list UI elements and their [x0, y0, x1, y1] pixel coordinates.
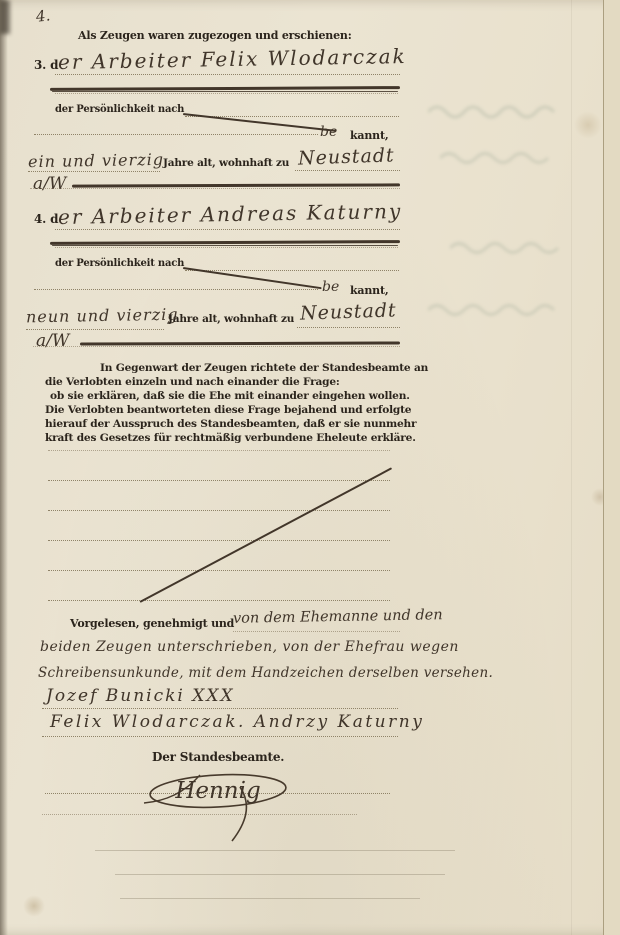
- entry-number: 4.: [35, 6, 51, 25]
- strikethrough-line: [52, 91, 398, 92]
- witness3-number: 3. d: [34, 58, 58, 72]
- bleedthrough-line: [120, 898, 420, 899]
- ruled-line: [233, 631, 400, 632]
- ruled-line: [55, 229, 400, 230]
- witness4-number: 4. d: [34, 212, 58, 226]
- ruled-line: [42, 708, 398, 709]
- witnesses-heading: Als Zeugen waren zugezogen und erschiene…: [78, 29, 352, 42]
- ruled-line: [48, 450, 390, 451]
- ruled-line: [26, 329, 164, 330]
- witness3-residence-suffix: a/W: [33, 174, 66, 194]
- binding-edge: [0, 0, 8, 935]
- ruled-line: [295, 170, 400, 171]
- page-crease: [571, 0, 572, 935]
- witness4-bekannt-handwritten: be: [322, 279, 339, 295]
- bleedthrough-smudge: [428, 300, 558, 320]
- witness3-residence-handwritten: Neustadt: [298, 144, 395, 169]
- witness4-residence-suffix: a/W: [36, 331, 69, 351]
- bleedthrough-smudge: [440, 148, 550, 168]
- witness3-name-handwritten: er Arbeiter Felix Wlodarczak: [58, 44, 407, 74]
- declaration-line: In Gegenwart der Zeugen richtete der Sta…: [100, 362, 428, 374]
- page-right-edge: [603, 0, 620, 935]
- ruled-line: [48, 600, 390, 601]
- witness3-bekannt-handwritten: be: [320, 124, 337, 140]
- witness3-identity-label: der Persönlichkeit nach: [55, 104, 184, 115]
- witness3-age-handwritten: ein und vierzig: [28, 150, 164, 171]
- witness4-name-handwritten: er Arbeiter Andreas Katurny: [58, 199, 403, 229]
- witness4-identity-label: der Persönlichkeit nach: [55, 258, 184, 269]
- closing-printed: Vorgelesen, genehmigt und: [70, 617, 234, 630]
- declaration-line: kraft des Gesetzes für rechtmäßig verbun…: [45, 432, 416, 444]
- declaration-line: ob sie erklären, daß sie die Ehe mit ein…: [50, 390, 410, 402]
- ruled-line: [28, 171, 160, 172]
- ruled-line: [48, 510, 390, 511]
- ruled-line: [55, 74, 400, 75]
- declaration-line: die Verlobten einzeln und nach einander …: [45, 376, 340, 388]
- marriage-record-page: 4. Als Zeugen waren zugezogen und erschi…: [0, 0, 620, 935]
- ruled-line: [33, 346, 400, 347]
- ruled-line: [48, 570, 390, 571]
- witness4-age-handwritten: neun und vierzig: [26, 305, 179, 327]
- bleedthrough-line: [115, 874, 445, 875]
- strikethrough-line: [72, 183, 400, 187]
- ruled-line: [297, 327, 400, 328]
- bleedthrough-line: [95, 850, 455, 851]
- ruled-line: [185, 270, 399, 271]
- signature-bride-mark: Jozef Bunicki XXX: [46, 686, 235, 706]
- ruled-line: [34, 134, 318, 135]
- strikethrough-line: [50, 86, 400, 90]
- declaration-line: Die Verlobten beantworteten diese Frage …: [45, 404, 411, 416]
- signature-witnesses: Felix Wlodarczak. Andrzy Katurny: [50, 712, 424, 732]
- ruled-line: [55, 93, 398, 94]
- witness3-bekannt-printed: kannt,: [350, 129, 388, 142]
- ruled-line: [30, 188, 400, 189]
- registrar-signature-flourish: Hennig: [128, 757, 306, 845]
- witness4-bekannt-printed: kannt,: [350, 284, 388, 297]
- binding-edge-shadow: [0, 0, 10, 34]
- ruled-line: [55, 247, 398, 248]
- witness4-residence-handwritten: Neustadt: [300, 299, 397, 324]
- closing-handwritten-line: beiden Zeugen unterschrieben, von der Eh…: [40, 639, 459, 655]
- closing-handwritten-line: von dem Ehemanne und den: [233, 607, 443, 627]
- strikethrough-line: [50, 240, 400, 244]
- ruled-line: [42, 814, 357, 815]
- bleedthrough-smudge: [450, 238, 560, 258]
- declaration-line: hierauf der Ausspruch des Standesbeamten…: [45, 418, 416, 430]
- diagonal-strike: [140, 467, 393, 603]
- registrar-signature-text: Hennig: [174, 778, 260, 804]
- bleedthrough-smudge: [428, 100, 568, 122]
- witness3-age-label: Jahre alt, wohnhaft zu: [163, 157, 289, 169]
- strikethrough-line: [80, 341, 400, 345]
- ruled-line: [48, 480, 390, 481]
- closing-handwritten-line: Schreibensunkunde, mit dem Handzeichen d…: [38, 665, 493, 681]
- ruled-line: [34, 289, 318, 290]
- witness4-age-label: Jahre alt, wohnhaft zu: [168, 313, 294, 325]
- strikethrough-line: [52, 245, 398, 246]
- ruled-line: [48, 540, 390, 541]
- ruled-line: [42, 736, 398, 737]
